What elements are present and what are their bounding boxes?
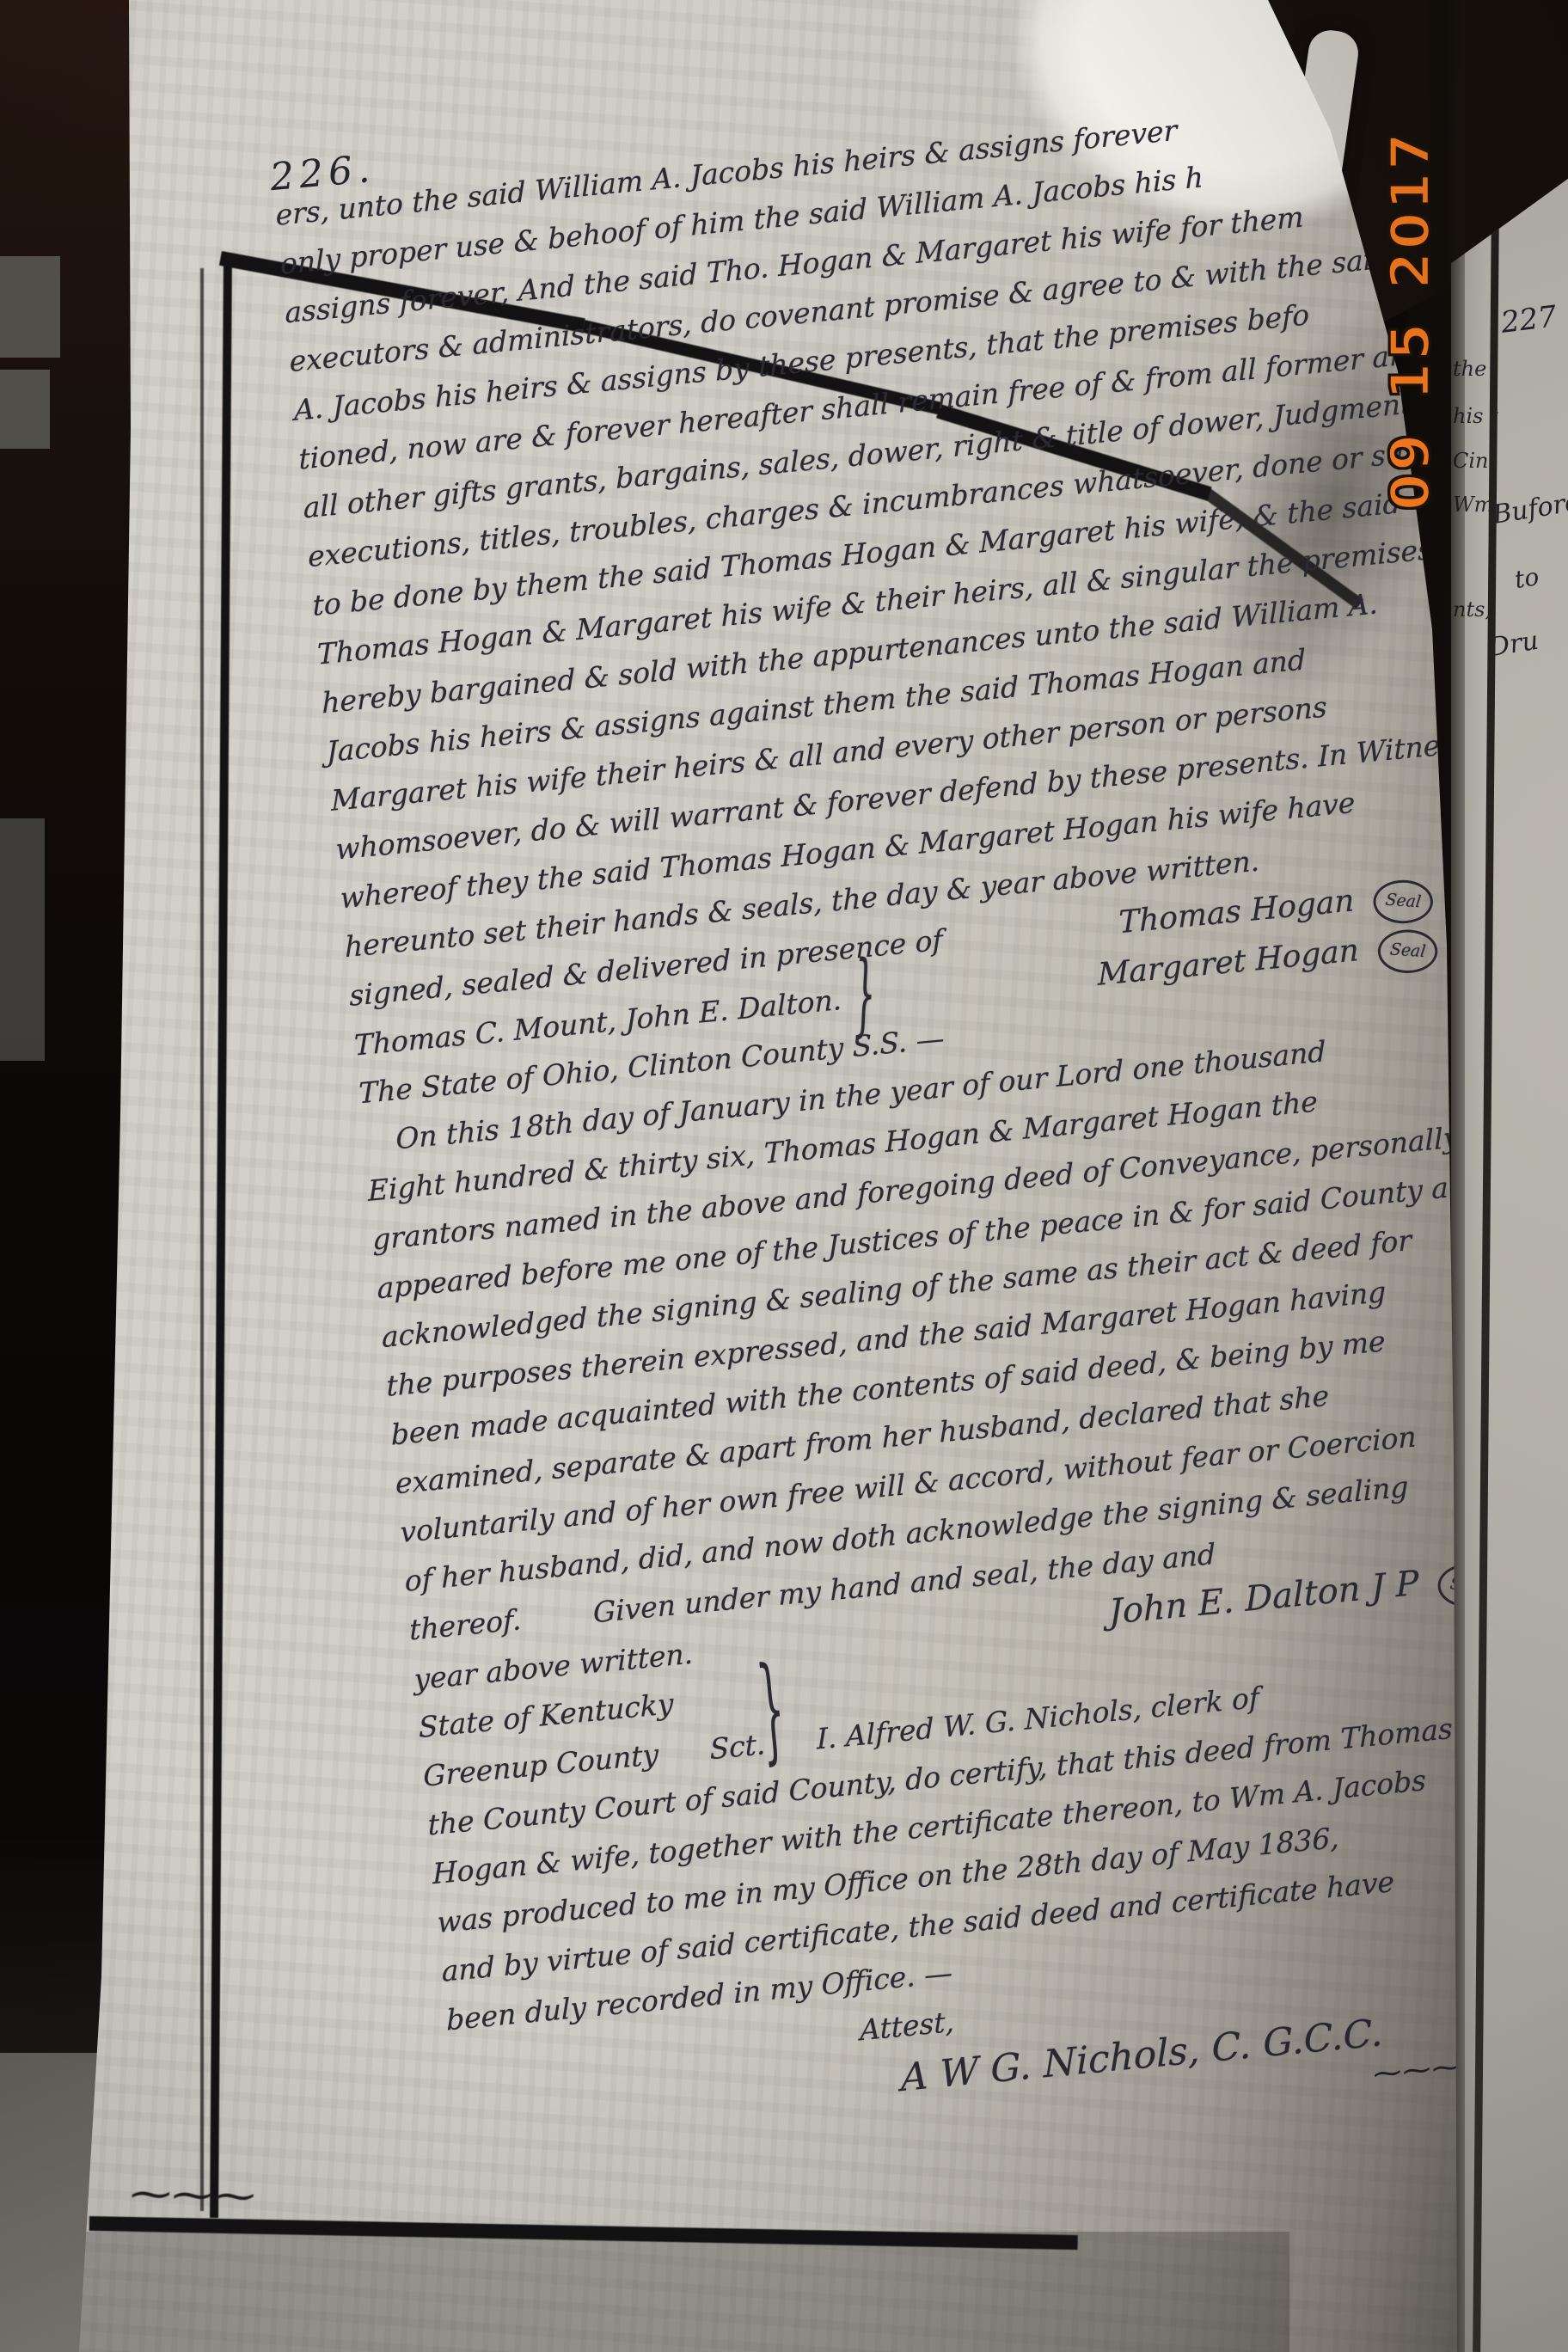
handwritten-text-block: ers, unto the said William A. Jacobs his… <box>273 86 1568 2183</box>
shelf-object <box>0 370 50 449</box>
index-entry-grantee: Dru <box>1487 626 1540 664</box>
shelf-object <box>0 818 45 1061</box>
index-entry-to: to <box>1513 562 1541 594</box>
camera-timestamp: 09 15 2017 <box>1379 131 1442 511</box>
facing-page: the his t Cin Wm nts, 227 Buford to Dru <box>1451 0 1568 2352</box>
facing-page-number: 227 <box>1499 299 1559 340</box>
index-entry-grantor: Buford <box>1491 487 1568 530</box>
border-flourish: ~~~ <box>125 2170 253 2219</box>
below-page-shadow <box>0 2232 1289 2352</box>
shelf-object <box>0 256 60 358</box>
photo-of-deed-book: the his t Cin Wm nts, 227 Buford to Dru … <box>0 0 1568 2352</box>
page-border-left <box>200 268 204 2211</box>
deed-page: ~~~ 226. ers, unto the said William A. J… <box>0 0 1568 2352</box>
facing-page-border-line <box>1473 215 1499 2352</box>
